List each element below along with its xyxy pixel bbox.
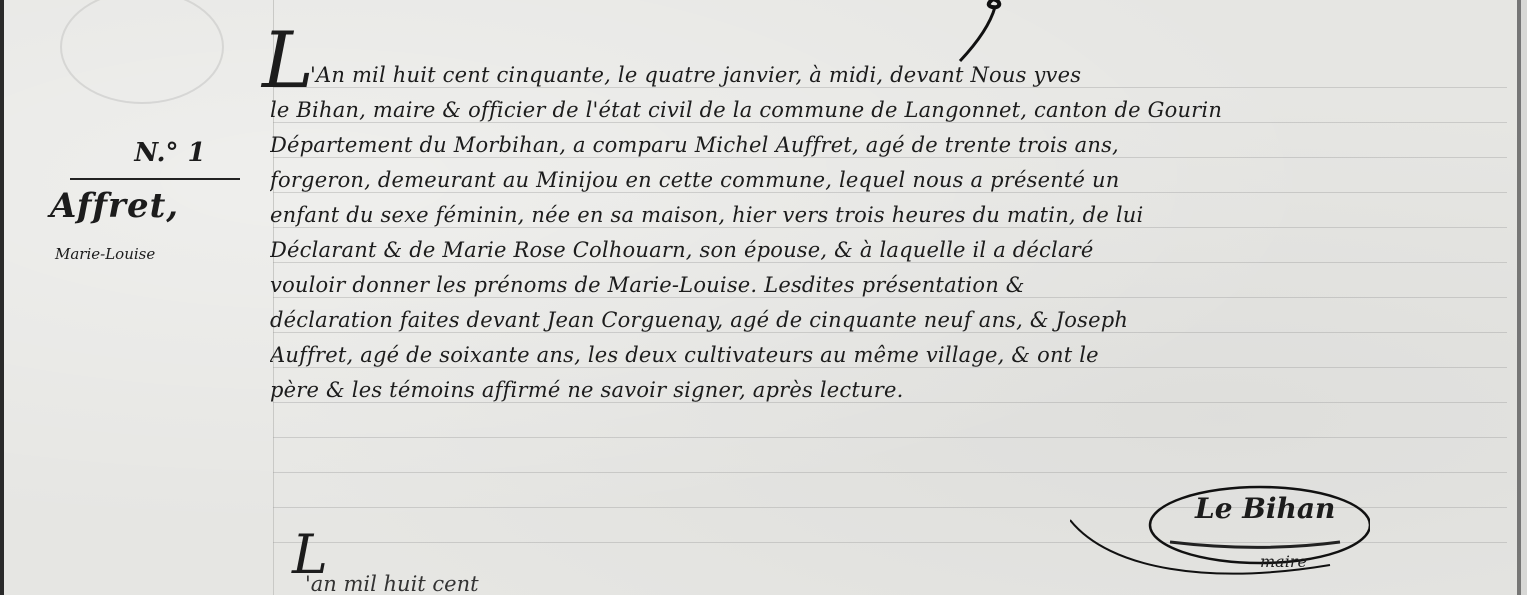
- mayor-signature: Le Bihan: [1195, 492, 1335, 525]
- record-line: le Bihan, maire & officier de l'état civ…: [270, 93, 1510, 128]
- page-binding-edge: [1517, 0, 1521, 595]
- signature-oval-icon: [1070, 470, 1370, 590]
- page-right-strip: [1521, 0, 1527, 595]
- mayor-signature-block: Le Bihan maire: [1070, 470, 1370, 590]
- entry-number-underline: [70, 178, 240, 180]
- record-line: père & les témoins affirmé ne savoir sig…: [270, 373, 1510, 408]
- margin-given-names: Marie-Louise: [55, 245, 255, 263]
- margin-surname: Affret,: [50, 186, 250, 226]
- record-line: 'An mil huit cent cinquante, le quatre j…: [270, 58, 1510, 93]
- record-line: forgeron, demeurant au Minijou en cette …: [270, 163, 1510, 198]
- document-page: N.° 1 Affret, Marie-Louise L 'An mil hui…: [0, 0, 1527, 595]
- entry-number: N.° 1: [100, 138, 240, 168]
- record-line: déclaration faites devant Jean Corguenay…: [270, 303, 1510, 338]
- ruled-line: [273, 437, 1507, 438]
- faded-stamp: [60, 0, 224, 104]
- pen-flourish-icon: [930, 0, 1050, 65]
- page-left-edge: [0, 0, 4, 595]
- mayor-title: maire: [1260, 552, 1307, 571]
- record-line: Auffret, agé de soixante ans, les deux c…: [270, 338, 1510, 373]
- record-line: Département du Morbihan, a comparu Miche…: [270, 128, 1510, 163]
- record-line: Déclarant & de Marie Rose Colhouarn, son…: [270, 233, 1510, 268]
- record-line: enfant du sexe féminin, née en sa maison…: [270, 198, 1510, 233]
- record-body: 'An mil huit cent cinquante, le quatre j…: [270, 58, 1510, 408]
- next-record-partial-line: 'an mil huit cent: [305, 572, 705, 595]
- record-line: vouloir donner les prénoms de Marie-Loui…: [270, 268, 1510, 303]
